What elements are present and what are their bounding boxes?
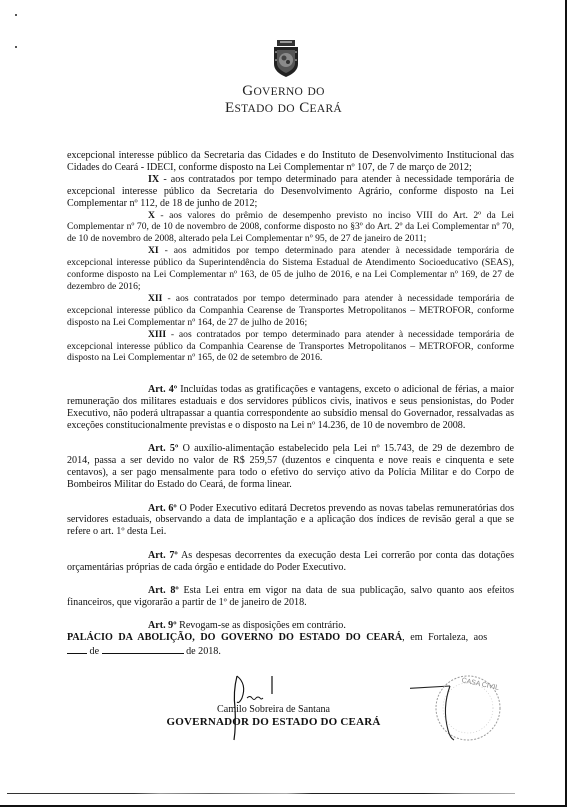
document-body: excepcional interesse público da Secreta… <box>67 150 514 658</box>
article-9: Art. 9º Revogam-se as disposições em con… <box>67 620 514 632</box>
letterhead-line-1: GOVERNO DO <box>0 82 567 100</box>
paragraph-continuation: excepcional interesse público da Secreta… <box>67 150 514 174</box>
letterhead-line-2: ESTADO DO CEARÁ <box>0 99 567 117</box>
month-blank <box>102 644 184 654</box>
footer-divider <box>7 793 515 794</box>
svg-text:CASA CIVIL: CASA CIVIL <box>461 677 500 692</box>
day-blank <box>67 644 87 654</box>
item-ix: IX - aos contratados por tempo determina… <box>67 174 514 210</box>
official-stamp-icon: CASA CIVIL <box>410 668 505 748</box>
article-7: Art. 7º As despesas decorrentes da execu… <box>67 550 514 574</box>
item-xiii: XIII - aos contratados por tempo determi… <box>67 329 514 365</box>
closing-paragraph: PALÁCIO DA ABOLIÇÃO, DO GOVERNO DO ESTAD… <box>67 632 514 644</box>
article-4: Art. 4º Incluídas todas as gratificações… <box>67 384 514 432</box>
item-xii: XII - aos contratados por tempo determin… <box>67 293 514 329</box>
article-8: Art. 8º Esta Lei entra em vigor na data … <box>67 585 514 609</box>
article-5: Art. 5º O auxílio-alimentação estabeleci… <box>67 443 514 491</box>
date-line: de de 2018. <box>67 644 514 658</box>
ceara-coat-of-arms-icon <box>271 38 301 78</box>
item-x: X - aos valores do prêmio de desempenho … <box>67 210 514 246</box>
article-6: Art. 6º O Poder Executivo editará Decret… <box>67 503 514 539</box>
letterhead: GOVERNO DO ESTADO DO CEARÁ <box>0 0 567 122</box>
item-xi: XI - aos admitidos por tempo determinado… <box>67 245 514 293</box>
